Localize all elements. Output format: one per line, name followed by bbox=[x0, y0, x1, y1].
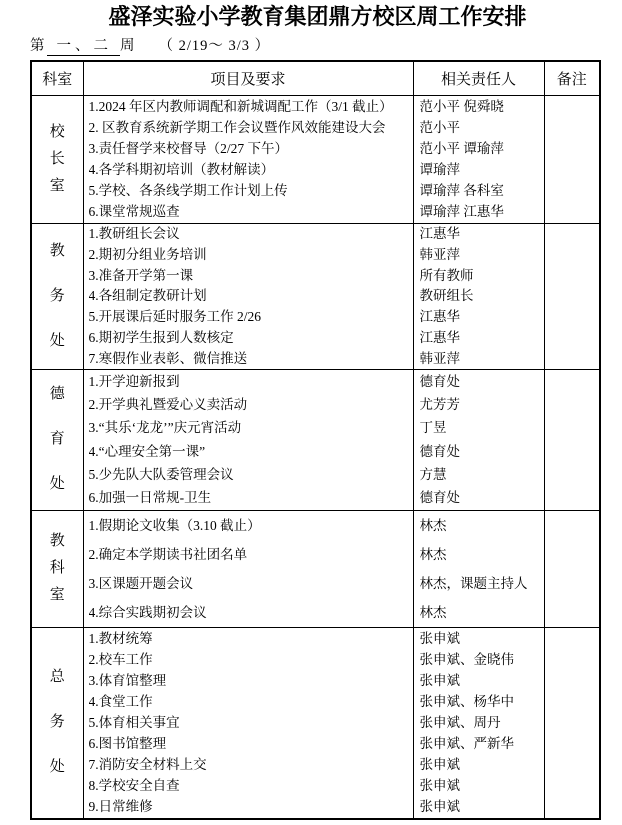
responsible-person-text: 德育处 bbox=[420, 373, 544, 390]
notes-cell bbox=[544, 369, 600, 510]
project-item-text: 2.开学典礼暨爱心义卖活动 bbox=[89, 396, 413, 413]
responsible-person-text: 江惠华 bbox=[420, 329, 544, 346]
responsible-person-text: 丁昱 bbox=[420, 419, 544, 436]
project-item-text: 4.各组制定教研计划 bbox=[89, 287, 413, 304]
department-cell: 总务处 bbox=[31, 627, 83, 819]
project-item-text: 5.少先队大队委管理会议 bbox=[89, 466, 413, 483]
responsible-list: 范小平 倪舜晓范小平范小平 谭瑜萍谭瑜萍谭瑜萍 各科室谭瑜萍 江惠华 bbox=[414, 96, 544, 223]
department-cell: 校长室 bbox=[31, 95, 83, 223]
department-name: 德育处 bbox=[49, 372, 66, 507]
projects-list: 1.教研组长会议2.期初分组业务培训3.准备开学第一课4.各组制定教研计划5.开… bbox=[84, 224, 413, 369]
responsible-person-text: 方慧 bbox=[420, 466, 544, 483]
table-body: 校长室 1.2024 年区内教师调配和新城调配工作（3/1 截止）2. 区教育系… bbox=[31, 95, 600, 819]
week-numbers: 一、二 bbox=[47, 37, 121, 56]
responsible-cell: 江惠华韩亚萍所有教师教研组长江惠华江惠华韩亚萍 bbox=[413, 223, 544, 369]
projects-cell: 1.开学迎新报到2.开学典礼暨爱心义卖活动3.“其乐‘龙龙’”庆元宵活动4.“心… bbox=[83, 369, 413, 510]
notes-cell bbox=[544, 95, 600, 223]
responsible-person-text: 德育处 bbox=[420, 443, 544, 460]
responsible-person-text: 张申斌 bbox=[420, 672, 544, 689]
section-row: 校长室 1.2024 年区内教师调配和新城调配工作（3/1 截止）2. 区教育系… bbox=[31, 95, 600, 223]
project-item-text: 3.准备开学第一课 bbox=[89, 267, 413, 284]
department-name: 教务处 bbox=[49, 229, 66, 364]
responsible-person-text: 林杰 bbox=[420, 604, 544, 621]
responsible-person-text: 张申斌、严新华 bbox=[420, 735, 544, 752]
responsible-list: 德育处尤芳芳丁昱德育处方慧德育处 bbox=[414, 370, 544, 510]
responsible-person-text: 韩亚萍 bbox=[420, 246, 544, 263]
project-item-text: 6.课堂常规巡查 bbox=[89, 203, 413, 220]
section-row: 教务处 1.教研组长会议2.期初分组业务培训3.准备开学第一课4.各组制定教研计… bbox=[31, 223, 600, 369]
responsible-person-text: 张申斌 bbox=[420, 756, 544, 773]
section-row: 总务处 1.教材统筹2.校车工作3.体育馆整理4.食堂工作5.体育相关事宜6.图… bbox=[31, 627, 600, 819]
projects-cell: 1.教材统筹2.校车工作3.体育馆整理4.食堂工作5.体育相关事宜6.图书馆整理… bbox=[83, 627, 413, 819]
header-responsible: 相关责任人 bbox=[413, 61, 544, 95]
project-item-text: 4.“心理安全第一课” bbox=[89, 443, 413, 460]
project-item-text: 8.学校安全自查 bbox=[89, 777, 413, 794]
project-item-text: 7.寒假作业表彰、微信推送 bbox=[89, 350, 413, 367]
notes-cell bbox=[544, 627, 600, 819]
project-item-text: 2. 区教育系统新学期工作会议暨作风效能建设大会 bbox=[89, 119, 413, 136]
responsible-person-text: 张申斌 bbox=[420, 777, 544, 794]
project-item-text: 1.假期论文收集（3.10 截止） bbox=[89, 517, 413, 534]
responsible-cell: 张申斌张申斌、金晓伟张申斌张申斌、杨华中张申斌、周丹张申斌、严新华张申斌张申斌张… bbox=[413, 627, 544, 819]
project-item-text: 2.确定本学期读书社团名单 bbox=[89, 546, 413, 563]
document-page: 盛泽实验小学教育集团鼎方校区周工作安排 第一、二周（ 2/19～ 3/3 ） 科… bbox=[0, 0, 622, 825]
header-department: 科室 bbox=[31, 61, 83, 95]
responsible-person-text: 德育处 bbox=[420, 489, 544, 506]
responsible-person-text: 江惠华 bbox=[420, 225, 544, 242]
department-cell: 教务处 bbox=[31, 223, 83, 369]
responsible-person-text: 张申斌 bbox=[420, 798, 544, 815]
responsible-cell: 范小平 倪舜晓范小平范小平 谭瑜萍谭瑜萍谭瑜萍 各科室谭瑜萍 江惠华 bbox=[413, 95, 544, 223]
responsible-person-text: 张申斌 bbox=[420, 630, 544, 647]
project-item-text: 6.加强一日常规-卫生 bbox=[89, 489, 413, 506]
responsible-person-text: 张申斌、周丹 bbox=[420, 714, 544, 731]
week-suffix: 周 bbox=[120, 38, 137, 54]
projects-cell: 1.假期论文收集（3.10 截止）2.确定本学期读书社团名单3.区课题开题会议4… bbox=[83, 510, 413, 627]
project-item-text: 2.期初分组业务培训 bbox=[89, 246, 413, 263]
department-cell: 德育处 bbox=[31, 369, 83, 510]
responsible-person-text: 林杰 bbox=[420, 517, 544, 534]
project-item-text: 1.教材统筹 bbox=[89, 630, 413, 647]
project-item-text: 1.2024 年区内教师调配和新城调配工作（3/1 截止） bbox=[89, 98, 413, 115]
responsible-person-text: 韩亚萍 bbox=[420, 350, 544, 367]
project-item-text: 4.综合实践期初会议 bbox=[89, 604, 413, 621]
responsible-person-text: 张申斌、金晓伟 bbox=[420, 651, 544, 668]
project-item-text: 3.区课题开题会议 bbox=[89, 575, 413, 592]
header-projects: 项目及要求 bbox=[83, 61, 413, 95]
responsible-person-text: 范小平 倪舜晓 bbox=[420, 98, 544, 115]
responsible-list: 张申斌张申斌、金晓伟张申斌张申斌、杨华中张申斌、周丹张申斌、严新华张申斌张申斌张… bbox=[414, 628, 544, 818]
project-item-text: 4.食堂工作 bbox=[89, 693, 413, 710]
project-item-text: 5.体育相关事宜 bbox=[89, 714, 413, 731]
responsible-person-text: 林杰 bbox=[420, 546, 544, 563]
project-item-text: 2.校车工作 bbox=[89, 651, 413, 668]
projects-list: 1.2024 年区内教师调配和新城调配工作（3/1 截止）2. 区教育系统新学期… bbox=[84, 96, 413, 223]
project-item-text: 1.开学迎新报到 bbox=[89, 373, 413, 390]
header-notes: 备注 bbox=[544, 61, 600, 95]
project-item-text: 5.开展课后延时服务工作 2/26 bbox=[89, 308, 413, 325]
projects-cell: 1.教研组长会议2.期初分组业务培训3.准备开学第一课4.各组制定教研计划5.开… bbox=[83, 223, 413, 369]
responsible-person-text: 谭瑜萍 bbox=[420, 161, 544, 178]
department-name: 校长室 bbox=[49, 119, 66, 200]
project-item-text: 5.学校、各条线学期工作计划上传 bbox=[89, 182, 413, 199]
projects-cell: 1.2024 年区内教师调配和新城调配工作（3/1 截止）2. 区教育系统新学期… bbox=[83, 95, 413, 223]
project-item-text: 3.“其乐‘龙龙’”庆元宵活动 bbox=[89, 419, 413, 436]
projects-list: 1.开学迎新报到2.开学典礼暨爱心义卖活动3.“其乐‘龙龙’”庆元宵活动4.“心… bbox=[84, 370, 413, 510]
responsible-person-text: 林杰，课题主持人 bbox=[420, 575, 544, 592]
department-cell: 教科室 bbox=[31, 510, 83, 627]
section-row: 德育处 1.开学迎新报到2.开学典礼暨爱心义卖活动3.“其乐‘龙龙’”庆元宵活动… bbox=[31, 369, 600, 510]
table-header-row: 科室 项目及要求 相关责任人 备注 bbox=[31, 61, 600, 95]
week-date-range: （ 2/19～ 3/3 ） bbox=[159, 38, 271, 54]
responsible-cell: 德育处尤芳芳丁昱德育处方慧德育处 bbox=[413, 369, 544, 510]
week-line: 第一、二周（ 2/19～ 3/3 ） bbox=[30, 37, 622, 56]
responsible-person-text: 江惠华 bbox=[420, 308, 544, 325]
responsible-person-text: 范小平 bbox=[420, 119, 544, 136]
section-row: 教科室 1.假期论文收集（3.10 截止）2.确定本学期读书社团名单3.区课题开… bbox=[31, 510, 600, 627]
notes-cell bbox=[544, 510, 600, 627]
week-prefix: 第 bbox=[30, 38, 47, 54]
project-item-text: 3.责任督学来校督导（2/27 下午） bbox=[89, 140, 413, 157]
responsible-person-text: 尤芳芳 bbox=[420, 396, 544, 413]
project-item-text: 3.体育馆整理 bbox=[89, 672, 413, 689]
project-item-text: 1.教研组长会议 bbox=[89, 225, 413, 242]
responsible-person-text: 范小平 谭瑜萍 bbox=[420, 140, 544, 157]
project-item-text: 6.图书馆整理 bbox=[89, 735, 413, 752]
responsible-person-text: 谭瑜萍 江惠华 bbox=[420, 203, 544, 220]
schedule-table: 科室 项目及要求 相关责任人 备注 校长室 1.2024 年区内教师调配和新城调… bbox=[30, 60, 601, 820]
responsible-person-text: 所有教师 bbox=[420, 267, 544, 284]
responsible-list: 江惠华韩亚萍所有教师教研组长江惠华江惠华韩亚萍 bbox=[414, 224, 544, 369]
responsible-person-text: 张申斌、杨华中 bbox=[420, 693, 544, 710]
department-name: 教科室 bbox=[49, 528, 66, 609]
projects-list: 1.假期论文收集（3.10 截止）2.确定本学期读书社团名单3.区课题开题会议4… bbox=[84, 511, 413, 627]
project-item-text: 6.期初学生报到人数核定 bbox=[89, 329, 413, 346]
responsible-cell: 林杰林杰林杰，课题主持人林杰 bbox=[413, 510, 544, 627]
responsible-list: 林杰林杰林杰，课题主持人林杰 bbox=[414, 511, 544, 627]
responsible-person-text: 教研组长 bbox=[420, 287, 544, 304]
project-item-text: 4.各学科期初培训（教材解读） bbox=[89, 161, 413, 178]
responsible-person-text: 谭瑜萍 各科室 bbox=[420, 182, 544, 199]
notes-cell bbox=[544, 223, 600, 369]
project-item-text: 9.日常维修 bbox=[89, 798, 413, 815]
department-name: 总务处 bbox=[49, 655, 66, 790]
projects-list: 1.教材统筹2.校车工作3.体育馆整理4.食堂工作5.体育相关事宜6.图书馆整理… bbox=[84, 628, 413, 818]
document-title: 盛泽实验小学教育集团鼎方校区周工作安排 bbox=[30, 4, 605, 30]
project-item-text: 7.消防安全材料上交 bbox=[89, 756, 413, 773]
